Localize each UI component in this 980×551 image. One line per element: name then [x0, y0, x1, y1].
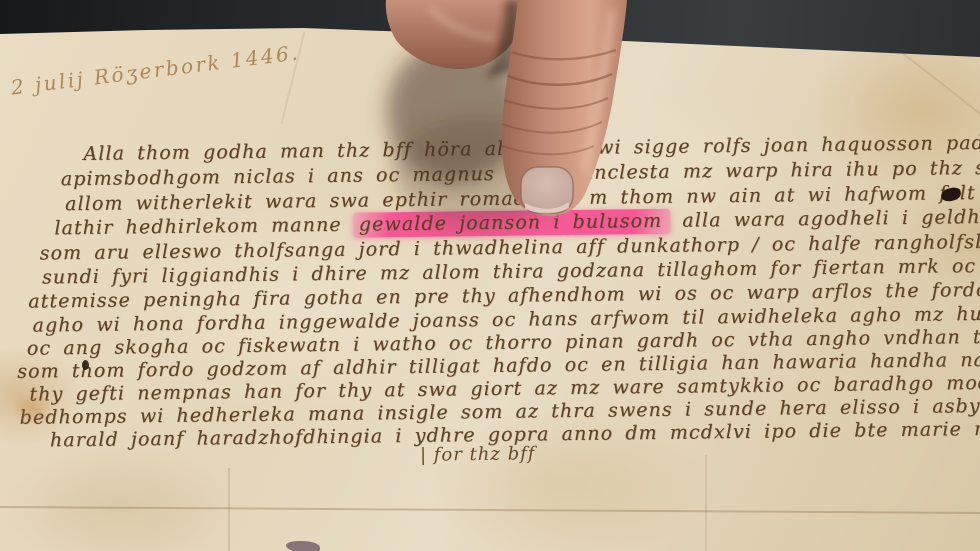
ink-blot — [82, 360, 89, 370]
text-segment: alla wara agodheli i geldherpthe — [670, 205, 980, 232]
highlight-mark: gewalde joanson i bulusom — [354, 209, 671, 238]
photo-of-medieval-charter: 2 julij Röʒerbork 1446. Alla thom godha … — [0, 0, 980, 551]
stain — [12, 392, 54, 426]
manuscript-text: Alla thom godha man thz bff höra alla se… — [0, 0, 980, 551]
closing-mark: | for thz bff — [420, 443, 536, 465]
parchment: 2 julij Röʒerbork 1446. Alla thom godha … — [0, 0, 980, 551]
text-segment: lathir hedhirlekom manne — [54, 214, 354, 240]
fold-line-vertical — [705, 455, 707, 551]
fold-line-vertical — [228, 468, 230, 551]
ink-blot — [286, 541, 320, 551]
